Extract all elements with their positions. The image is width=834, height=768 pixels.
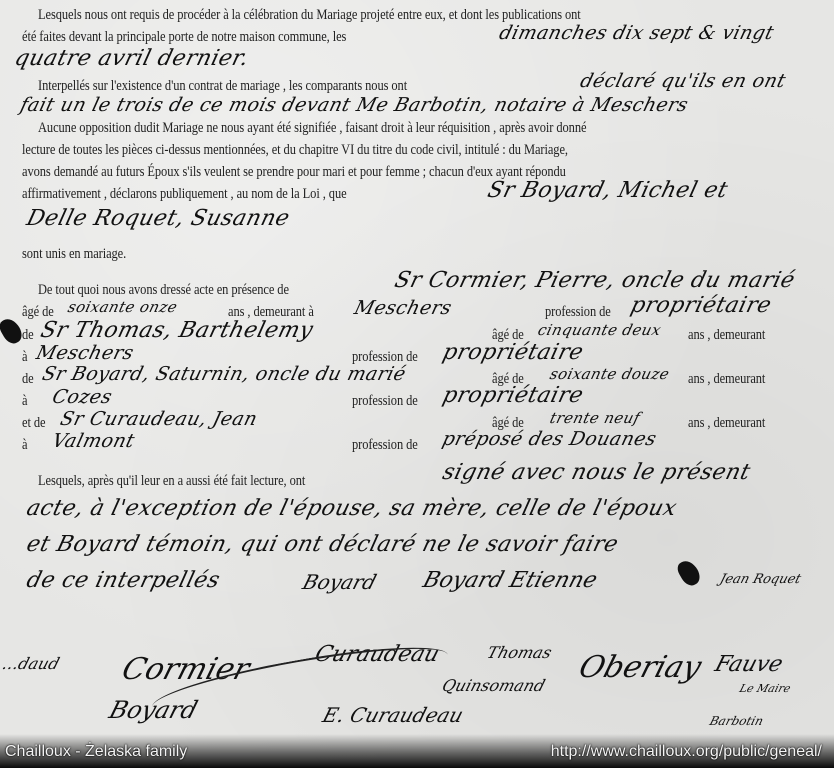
printed-line: lecture de toutes les pièces ci-dessus m… xyxy=(22,142,568,159)
handwritten-witness3-name: Sr Boyard, Saturnin, oncle du marié xyxy=(40,363,408,385)
label-profession: profession de xyxy=(545,304,611,321)
marriage-record-page: Lesquels nous ont requis de procéder à l… xyxy=(0,0,834,768)
handwritten-groom: Sr Boyard, Michel et xyxy=(485,178,730,203)
printed-line: sont unis en mariage. xyxy=(22,246,126,263)
signature: Thomas xyxy=(485,643,554,662)
signature: Boyard Etienne xyxy=(420,568,600,593)
handwritten-closing: acte, à l'exception de l'épouse, sa mère… xyxy=(24,496,679,521)
handwritten-witness3-profession: propriétaire xyxy=(440,383,586,408)
label-de: de xyxy=(22,327,34,344)
handwritten-bride: Delle Roquet, Susanne xyxy=(24,206,292,231)
handwritten-contract: déclaré qu'ils en ont xyxy=(578,70,788,92)
handwritten-closing: de ce interpellés xyxy=(24,568,223,593)
watermark-url: http://www.chailloux.org/public/geneal/ xyxy=(551,743,822,761)
handwritten-witness1-residence: Meschers xyxy=(352,297,454,319)
handwritten-witness1-age: soixante onze xyxy=(66,298,179,316)
watermark-family: Chailloux - Żelaska family xyxy=(5,743,187,761)
mayor-title: Le Maire xyxy=(738,682,792,695)
printed-line: avons demandé au futurs Époux s'ils veul… xyxy=(22,164,566,181)
handwritten-witness4-age: trente neuf xyxy=(548,409,642,427)
handwritten-witness4-name: Sr Curaudeau, Jean xyxy=(58,408,260,430)
handwritten-witness1-profession: propriétaire xyxy=(628,293,774,318)
printed-line: été faites devant la principale porte de… xyxy=(22,29,346,46)
handwritten-witness3-age: soixante douze xyxy=(548,365,671,383)
signature: Jean Roquet xyxy=(718,572,803,587)
signature: Boyard xyxy=(300,570,379,594)
signature: E. Curaudeau xyxy=(320,703,466,727)
signature: Barbotin xyxy=(708,714,765,728)
label-de: de xyxy=(22,371,34,388)
label-residence: ans , demeurant xyxy=(688,327,765,344)
handwritten-contract: fait un le trois de ce mois devant Me Ba… xyxy=(18,94,691,116)
printed-line: Lesquels nous ont requis de procéder à l… xyxy=(38,7,581,24)
handwritten-witness4-profession: préposé des Douanes xyxy=(440,428,659,450)
handwritten-witness3-residence: Cozes xyxy=(50,386,114,408)
label-a: à xyxy=(22,393,27,410)
handwritten-closing: et Boyard témoin, qui ont déclaré ne le … xyxy=(24,532,621,557)
handwritten-witness2-profession: propriétaire xyxy=(440,340,586,365)
label-residence: ans , demeurant xyxy=(688,371,765,388)
label-profession: profession de xyxy=(352,393,418,410)
handwritten-witness2-residence: Meschers xyxy=(34,342,136,364)
printed-line: De tout quoi nous avons dressé acte en p… xyxy=(38,282,289,299)
label-profession: profession de xyxy=(352,437,418,454)
handwritten-witness2-name: Sr Thomas, Barthelemy xyxy=(38,318,316,343)
label-residence: ans , demeurant xyxy=(688,415,765,432)
handwritten-witness1-name: Sr Cormier, Pierre, oncle du marié xyxy=(392,268,797,293)
label-a: à xyxy=(22,437,27,454)
printed-line: affirmativement , déclarons publiquement… xyxy=(22,186,347,203)
handwritten-publication-dates: dimanches dix sept & vingt xyxy=(497,22,776,44)
ink-blot xyxy=(675,557,704,589)
signature: Quinsomand xyxy=(440,676,547,695)
printed-line: Aucune opposition dudit Mariage ne nous … xyxy=(38,120,586,137)
handwritten-witness2-age: cinquante deux xyxy=(536,321,663,339)
handwritten-publication-dates: quatre avril dernier. xyxy=(12,46,251,71)
signature: …daud xyxy=(0,654,62,673)
handwritten-witness4-residence: Valmont xyxy=(50,430,137,452)
label-et-de: et de xyxy=(22,415,45,432)
signature: Fauve xyxy=(712,652,786,677)
signature: Oberiay xyxy=(575,650,705,685)
printed-line: Lesquels, après qu'il leur en a aussi ét… xyxy=(38,473,305,490)
printed-line: Interpellés sur l'existence d'un contrat… xyxy=(38,78,407,95)
handwritten-closing: signé avec nous le présent xyxy=(440,460,753,485)
label-a: à xyxy=(22,349,27,366)
